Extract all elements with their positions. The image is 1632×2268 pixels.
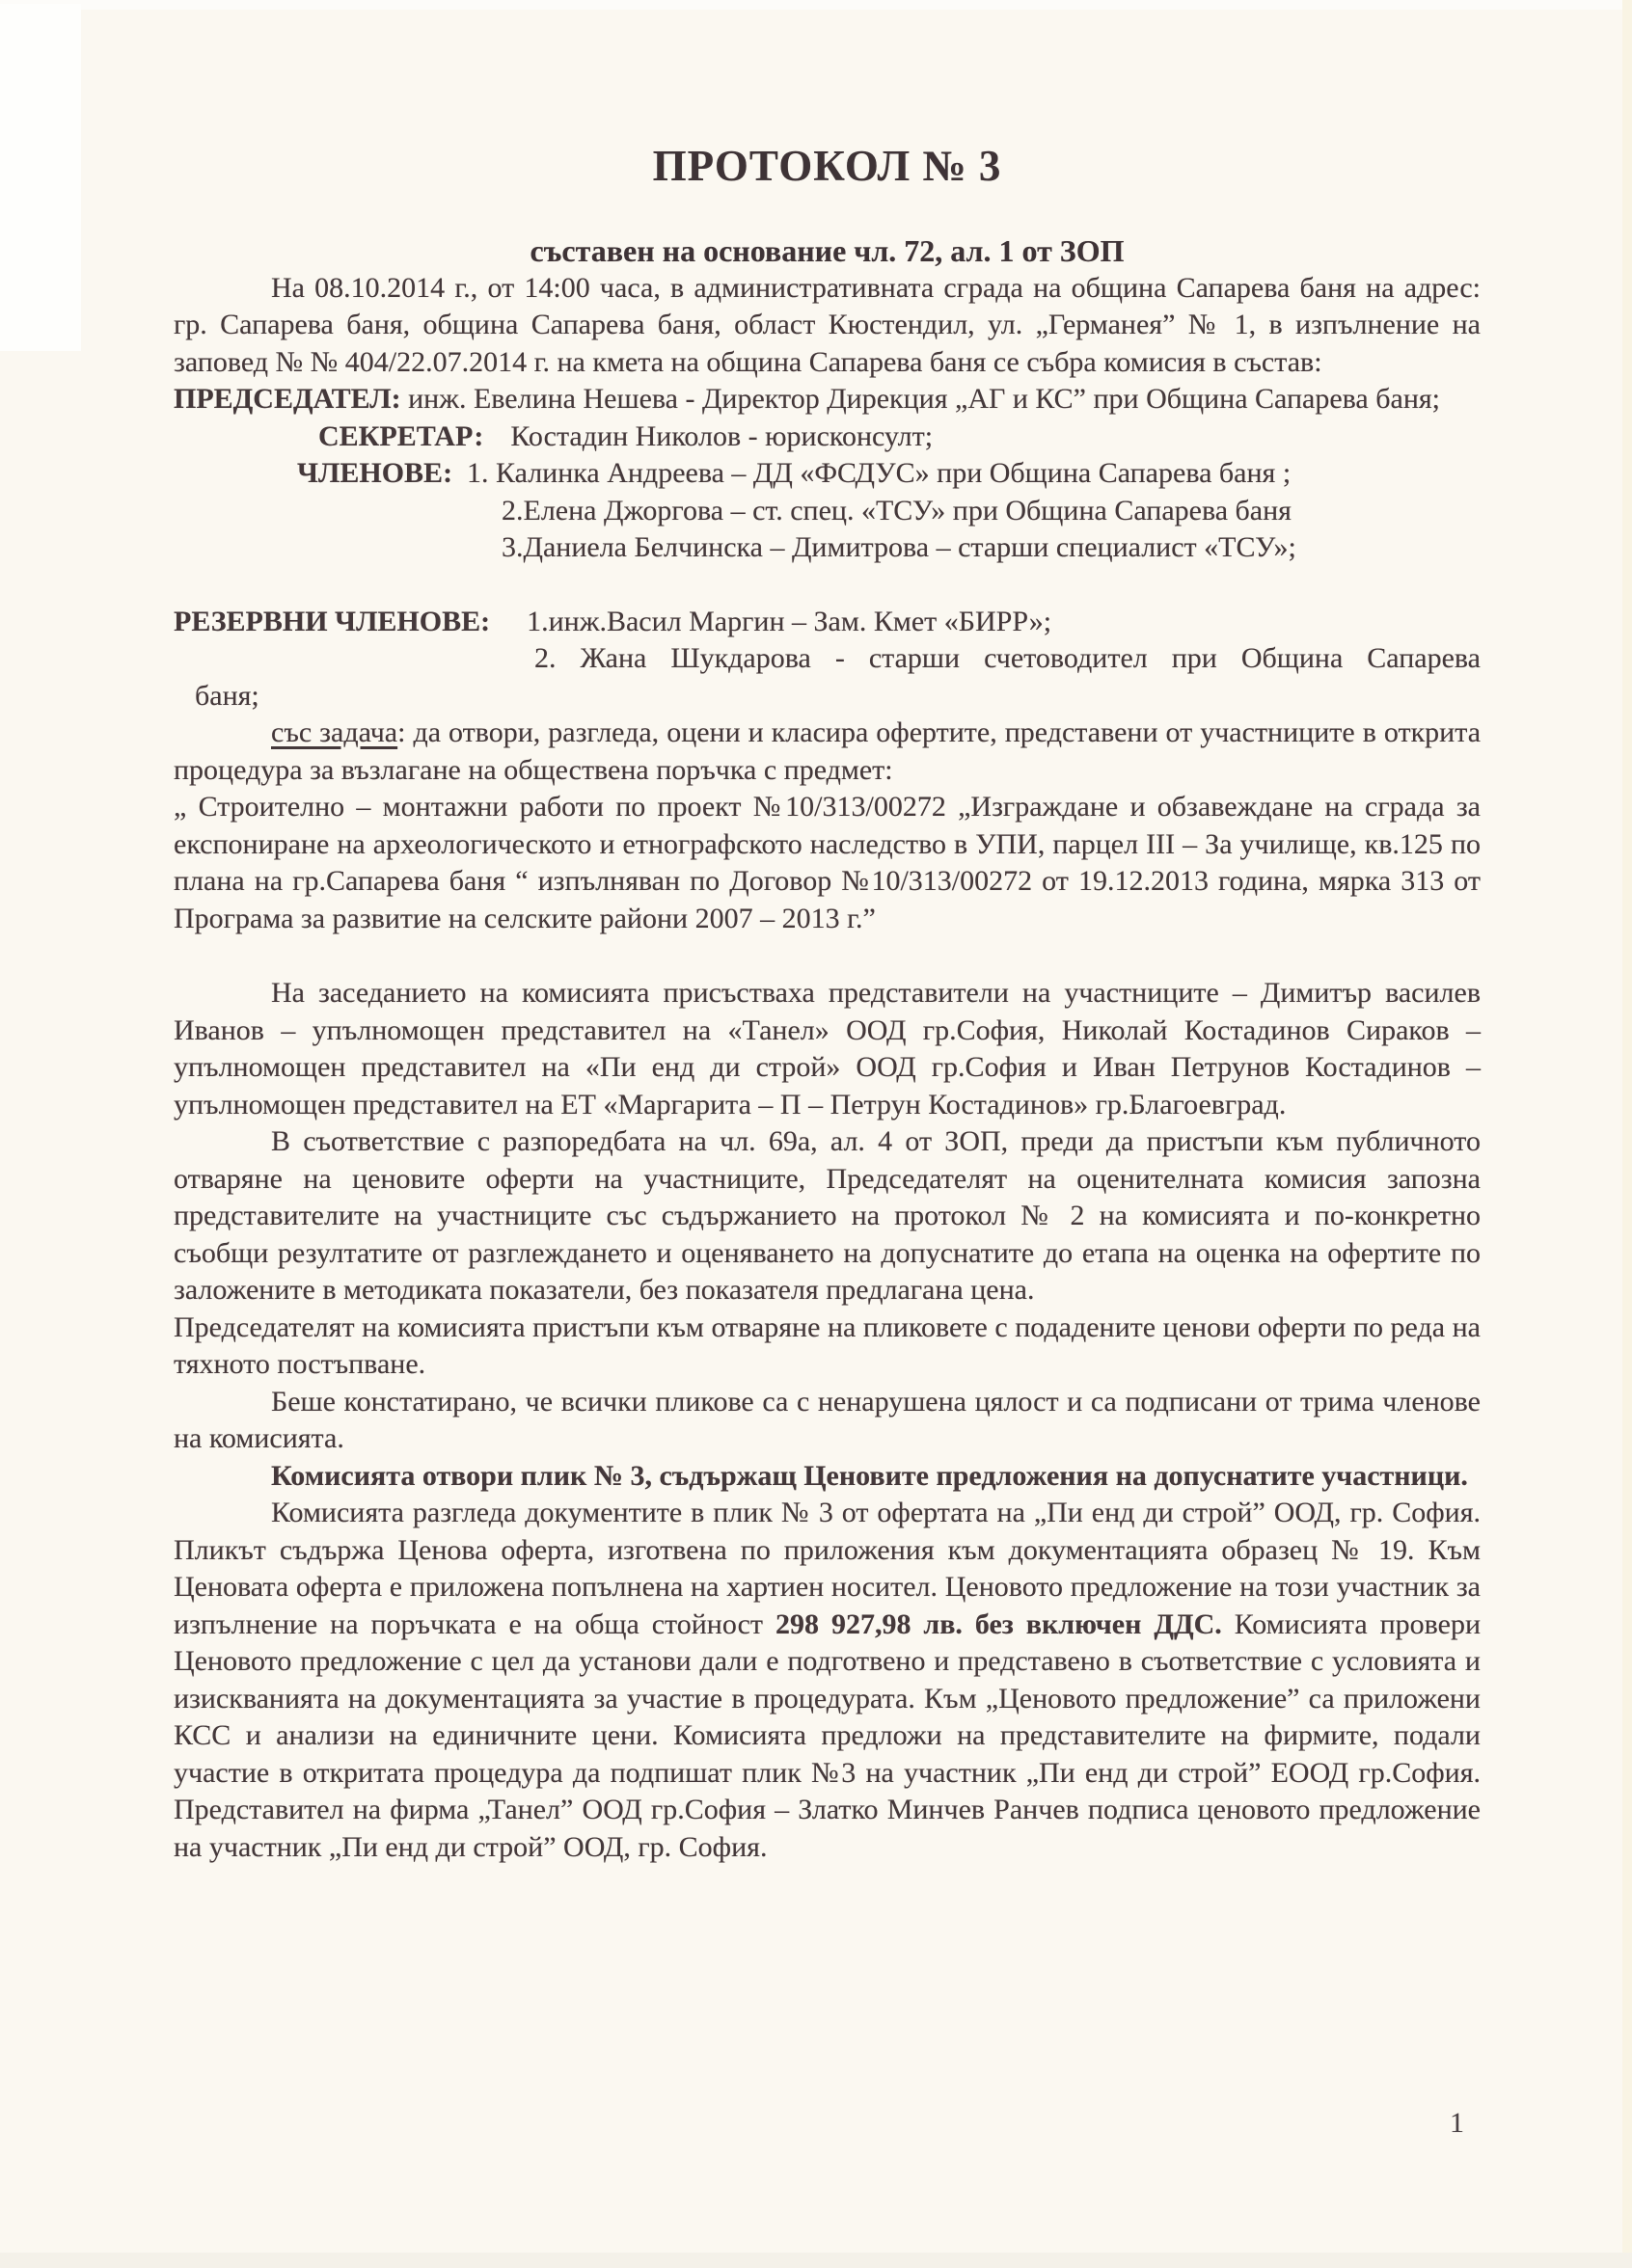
intro-paragraph: На 08.10.2014 г., от 14:00 часа, в админ… — [174, 270, 1481, 382]
members-block: ЧЛЕНОВЕ: 1. Калинка Андреева – ДД «ФСДУС… — [297, 455, 1481, 567]
subject-paragraph: „ Строително – монтажни работи по проект… — [174, 789, 1481, 937]
chair-line: ПРЕДСЕДАТЕЛ: инж. Евелина Нешева - Дирек… — [174, 381, 1481, 418]
members-items: 1. Калинка Андреева – ДД «ФСДУС» при Общ… — [467, 455, 1481, 567]
review-paragraph: Комисията разгледа документите в плик № … — [174, 1495, 1481, 1866]
integrity-paragraph: Беше констатирано, че всички пликове са … — [174, 1384, 1481, 1458]
reserve-member-2-continuation: баня; — [195, 678, 1481, 715]
attendees-paragraph: На заседанието на комисията присъстваха … — [174, 975, 1481, 1123]
member-item-3: 3.Даниела Белчинска – Димитрова – старши… — [467, 529, 1481, 567]
chair-label: ПРЕДСЕДАТЕЛ: — [174, 383, 401, 415]
reserve-members-block: РЕЗЕРВНИ ЧЛЕНОВЕ: 1.инж.Васил Маргин – З… — [174, 604, 1481, 715]
secretary-text: Костадин Николов - юрисконсулт; — [510, 420, 933, 452]
reserve-member-1: 1.инж.Васил Маргин – Зам. Кмет «БИРР»; — [490, 604, 1051, 641]
page-number: 1 — [1450, 2105, 1464, 2143]
task-underlined-phrase: със задача — [271, 716, 397, 748]
scan-edge-bottom — [0, 2253, 1632, 2268]
review-text-part2: Комисията провери Ценовото предложение с… — [174, 1608, 1481, 1863]
review-price-bold: 298 927,98 лв. без включен ДДС. — [775, 1608, 1222, 1640]
member-item-2: 2.Елена Джоргова – ст. спец. «ТСУ» при О… — [467, 493, 1481, 530]
chair-text: инж. Евелина Нешева - Директор Дирекция … — [408, 383, 1440, 415]
opening-paragraph: Председателят на комисията пристъпи към … — [174, 1309, 1481, 1384]
compliance-paragraph: В съответствие с разпоредбата на чл. 69а… — [174, 1123, 1481, 1309]
reserve-member-2: 2. Жана Шукдарова - старши счетоводител … — [534, 640, 1481, 678]
doc-subtitle: съставен на основание чл. 72, ал. 1 от З… — [174, 232, 1481, 270]
doc-title: ПРОТОКОЛ № 3 — [174, 141, 1481, 191]
member-item-1: 1. Калинка Андреева – ДД «ФСДУС» при Общ… — [467, 455, 1481, 493]
reserve-line-1: РЕЗЕРВНИ ЧЛЕНОВЕ: 1.инж.Васил Маргин – З… — [174, 604, 1481, 641]
scanned-document-page: ПРОТОКОЛ № 3 съставен на основание чл. 7… — [0, 0, 1632, 2268]
secretary-line: СЕКРЕТАР:Костадин Николов - юрисконсулт; — [318, 418, 1481, 456]
document-content: ПРОТОКОЛ № 3 съставен на основание чл. 7… — [0, 0, 1632, 1866]
members-label: ЧЛЕНОВЕ: — [297, 455, 467, 567]
task-paragraph: със задача: да отвори, разгледа, оцени и… — [174, 715, 1481, 789]
envelope3-paragraph: Комисията отвори плик № 3, съдържащ Цено… — [174, 1458, 1481, 1496]
secretary-label: СЕКРЕТАР: — [318, 420, 483, 452]
reserve-members-label: РЕЗЕРВНИ ЧЛЕНОВЕ: — [174, 604, 490, 641]
